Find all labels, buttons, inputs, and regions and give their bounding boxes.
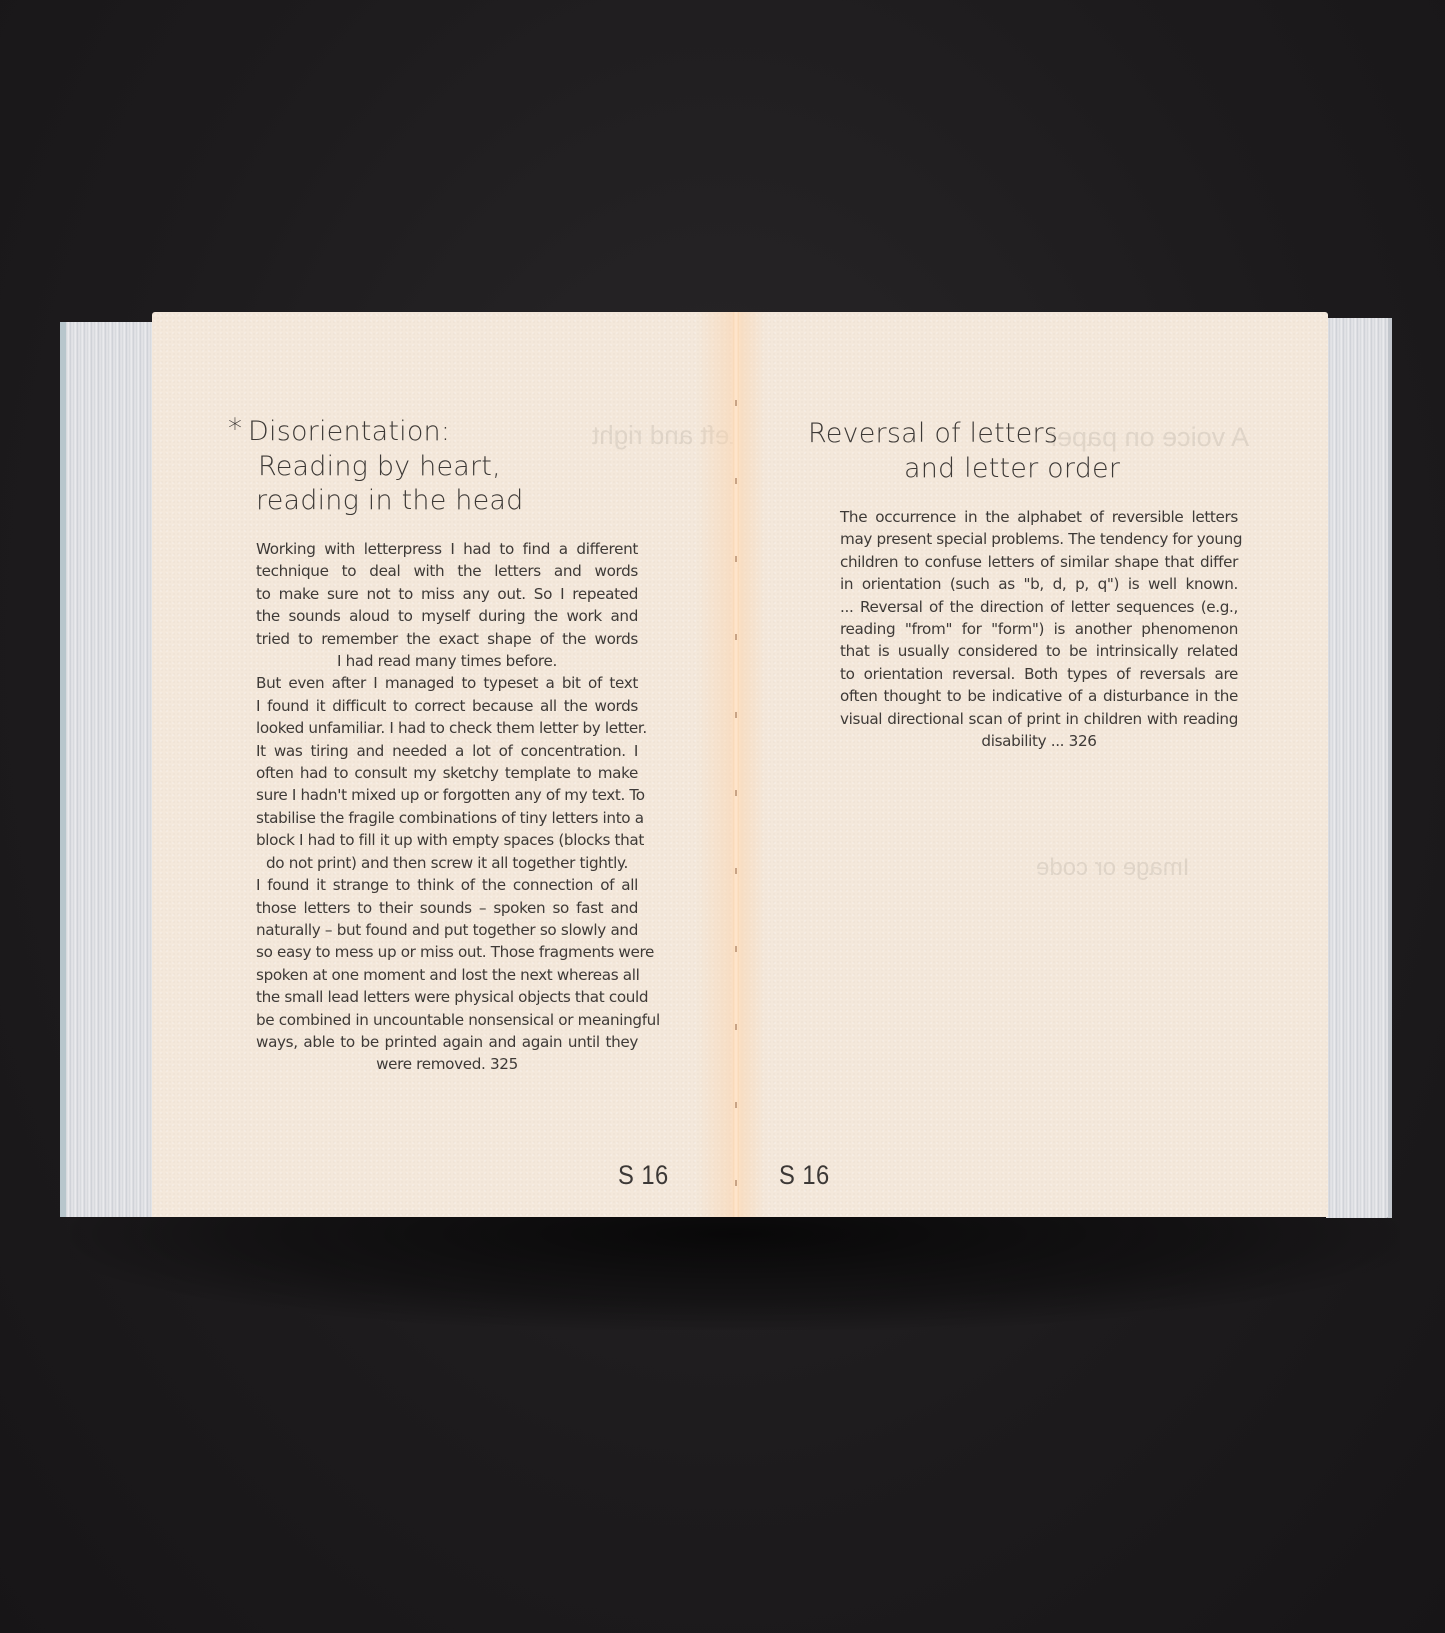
body-line: the small lead letters were physical obj… [256, 986, 638, 1008]
body-line: The occurrence in the alphabet of revers… [840, 506, 1238, 528]
body-line: Working with letterpress I had to find a… [256, 538, 638, 560]
binding-stitch [735, 400, 737, 406]
binding-stitch [735, 556, 737, 562]
body-line: reading "from" for "form") is another ph… [840, 618, 1238, 640]
body-line: to make sure not to miss any out. So I r… [256, 583, 638, 605]
body-line: block I had to fill it up with empty spa… [256, 829, 638, 851]
body-line: the sounds aloud to myself during the wo… [256, 605, 638, 627]
right-page-stack [1326, 318, 1392, 1218]
heading-marker: * [228, 412, 242, 445]
binding-stitch [735, 790, 737, 796]
body-line: in orientation (such as "b, d, p, q") is… [840, 573, 1238, 595]
left-heading-line1: Disorientation: [248, 416, 450, 447]
body-line: so easy to mess up or miss out. Those fr… [256, 941, 638, 963]
book-spine [733, 312, 739, 1217]
body-line: may present special problems. The tenden… [840, 528, 1238, 550]
body-line: It was tiring and needed a lot of concen… [256, 740, 638, 762]
body-line: often had to consult my sketchy template… [256, 762, 638, 784]
body-line: I found it difficult to correct because … [256, 695, 638, 717]
body-line: But even after I managed to typeset a bi… [256, 672, 638, 694]
body-line: I had read many times before. [256, 650, 638, 672]
body-line: ... Reversal of the direction of letter … [840, 596, 1238, 618]
show-through-subheading: Image or code [1036, 854, 1189, 882]
right-page-number: S 16 [779, 1160, 830, 1191]
body-line: stabilise the fragile combinations of ti… [256, 807, 638, 829]
left-page-number: S 16 [618, 1160, 669, 1191]
body-line: technique to deal with the letters and w… [256, 560, 638, 582]
body-line: be combined in uncountable nonsensical o… [256, 1009, 638, 1031]
body-line: do not print) and then screw it all toge… [256, 852, 638, 874]
book-shadow [70, 1210, 1400, 1330]
binding-stitch [735, 1024, 737, 1030]
left-heading-line2: Reading by heart, [258, 451, 501, 482]
right-page: A voice on paper Image or code Reversal … [736, 312, 1328, 1217]
binding-stitch [735, 478, 737, 484]
right-body-text: The occurrence in the alphabet of revers… [840, 506, 1238, 752]
body-line: I found it strange to think of the conne… [256, 874, 638, 896]
body-line: often thought to be indicative of a dist… [840, 685, 1238, 707]
left-page: * Left and right * Disorientation: Readi… [152, 312, 736, 1217]
binding-stitch [735, 868, 737, 874]
right-heading-line1: Reversal of letters [808, 418, 1058, 449]
binding-stitch [735, 634, 737, 640]
body-line: were removed. 325 [256, 1053, 638, 1075]
body-line: children to confuse letters of similar s… [840, 551, 1238, 573]
binding-stitch [735, 1102, 737, 1108]
body-line: ways, able to be printed again and again… [256, 1031, 638, 1053]
binding-stitch [735, 712, 737, 718]
left-body-text: Working with letterpress I had to find a… [256, 538, 638, 1076]
body-line: that is usually considered to be intrins… [840, 640, 1238, 662]
show-through-heading-right: A voice on paper [1048, 422, 1249, 453]
body-line: sure I hadn't mixed up or forgotten any … [256, 784, 638, 806]
body-line: naturally – but found and put together s… [256, 919, 638, 941]
body-line: spoken at one moment and lost the next w… [256, 964, 638, 986]
binding-stitch [735, 1180, 737, 1186]
body-line: visual directional scan of print in chil… [840, 708, 1238, 730]
body-line: tried to remember the exact shape of the… [256, 628, 638, 650]
body-line: those letters to their sounds – spoken s… [256, 897, 638, 919]
right-heading-line2: and letter order [904, 453, 1120, 484]
body-line: disability ... 326 [840, 730, 1238, 752]
body-line: to orientation reversal. Both types of r… [840, 663, 1238, 685]
body-line: looked unfamiliar. I had to check them l… [256, 717, 638, 739]
binding-stitch [735, 946, 737, 952]
left-page-stack [60, 322, 156, 1217]
left-heading-line3: reading in the head [256, 485, 524, 516]
